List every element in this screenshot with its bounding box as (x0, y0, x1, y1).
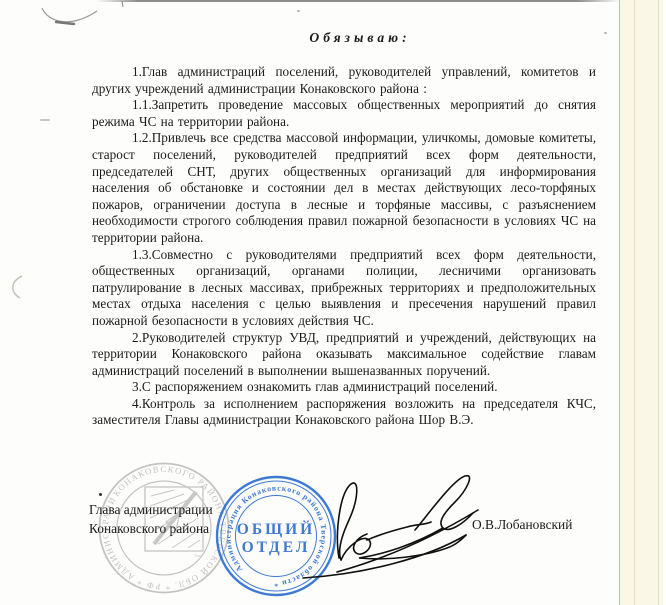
paragraph-1-1: 1.1.Запретить проведение массовых общест… (92, 97, 596, 130)
scan-arc-mark (6, 274, 30, 300)
paragraph-3: 3.С распоряжением ознакомить глав админи… (92, 379, 596, 396)
scan-speck (297, 10, 300, 12)
handwritten-signature (295, 450, 510, 585)
scan-top-edge (96, 0, 620, 2)
scan-speck (40, 119, 50, 121)
document-heading: Обязываю: (92, 30, 596, 46)
scan-speck (604, 32, 607, 34)
signer-title-line2: Конаковского района (89, 520, 213, 539)
ink-dot (99, 493, 102, 496)
paragraph-1: 1.Глав администраций поселений, руководи… (92, 64, 596, 97)
scan-line (634, 0, 635, 605)
paragraph-1-2: 1.2.Привлечь все средства массовой инфор… (92, 130, 596, 246)
paragraph-1-3: 1.3.Совместно с руководителями предприят… (92, 247, 596, 330)
pen-smudge-mark (0, 0, 140, 32)
signer-title: Глава администрации Конаковского района (89, 501, 213, 538)
scan-line (658, 0, 659, 605)
paragraph-2: 2.Руководителей структур УВД, предприяти… (92, 330, 596, 380)
paragraph-4: 4.Контроль за исполнением распоряжения в… (92, 396, 596, 429)
signer-title-line1: Глава администрации (89, 501, 213, 520)
scan-line (619, 0, 620, 605)
emblem-footnote: 1km (194, 553, 202, 558)
scanned-document-page: Обязываю: 1.Глав администраций поселений… (0, 0, 666, 605)
document-body: Обязываю: 1.Глав администраций поселений… (92, 30, 596, 429)
scan-edge-strip (620, 0, 666, 605)
